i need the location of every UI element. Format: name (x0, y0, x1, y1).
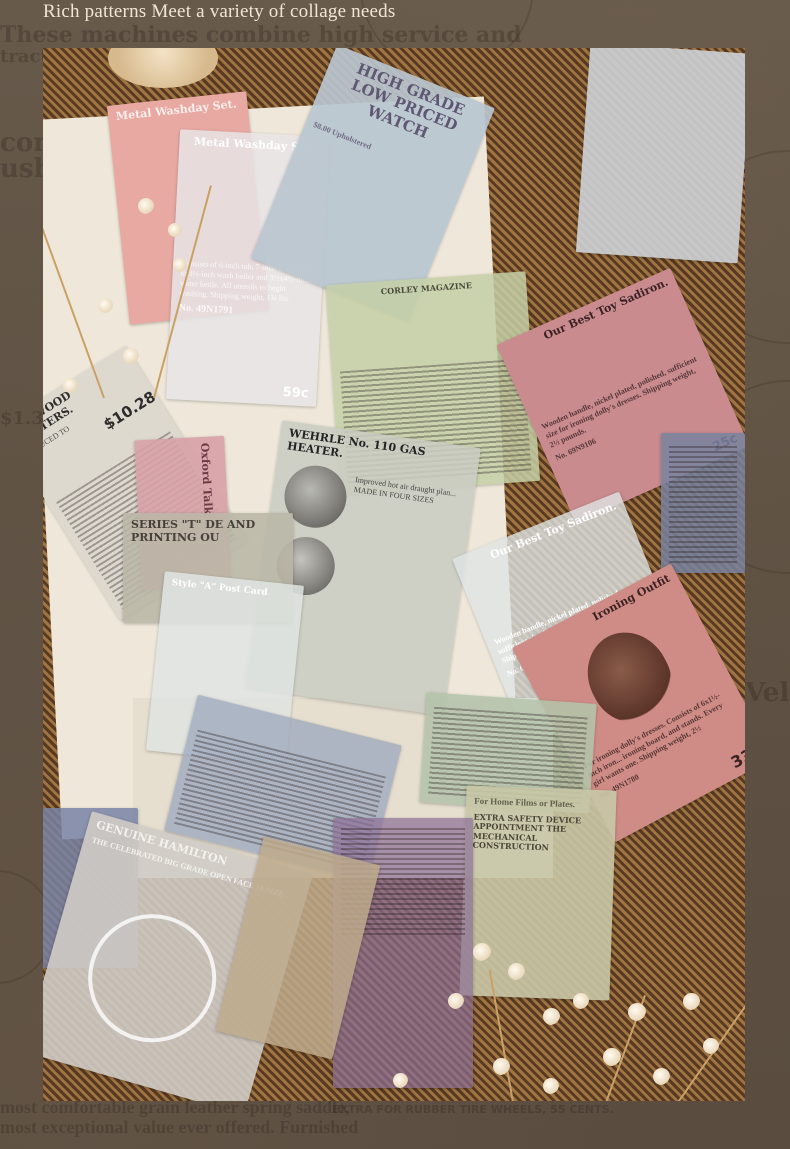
headline: Rich patterns Meet a variety of collage … (43, 0, 395, 24)
babys-breath-flower (123, 348, 139, 364)
babys-breath-flower (703, 1038, 719, 1054)
bg-newsprint-line: Velo (745, 680, 790, 707)
babys-breath-flower (653, 1068, 670, 1085)
babys-breath-flower (603, 1048, 621, 1066)
babys-breath-flower (628, 1003, 646, 1021)
babys-breath-flower (63, 378, 78, 393)
babys-breath-flower (493, 1058, 510, 1075)
bg-newsprint-line: EXTRA FOR RUBBER TIRE WHEELS, 55 CENTS. (332, 1104, 614, 1116)
babys-breath-flower (508, 963, 525, 980)
sticker-blue-text (661, 433, 745, 573)
babys-breath-flower (393, 1073, 408, 1088)
babys-breath-flower (98, 298, 113, 313)
babys-breath-flower (448, 993, 464, 1009)
babys-breath-flower (473, 943, 491, 961)
pocket-watch-illustration (73, 899, 231, 1057)
rattan-ball (108, 48, 218, 88)
babys-breath-flower (543, 1078, 559, 1094)
babys-breath-flower (683, 993, 700, 1010)
babys-breath-flower (173, 258, 187, 272)
sticker-fern (576, 48, 745, 263)
product-photo: Metal Washday Set. Metal Washday Set. Co… (43, 48, 745, 1101)
sticker-mechanical: For Home Films or Plates. EXTRA SAFETY D… (459, 785, 616, 1000)
babys-breath-flower (138, 198, 154, 214)
babys-breath-flower (543, 1008, 560, 1025)
babys-breath-flower (168, 223, 182, 237)
product-banner: These machines combine high service and … (0, 0, 790, 1149)
bg-newsprint-line: most exceptional value ever offered. Fur… (0, 1118, 358, 1137)
babys-breath-flower (573, 993, 589, 1009)
